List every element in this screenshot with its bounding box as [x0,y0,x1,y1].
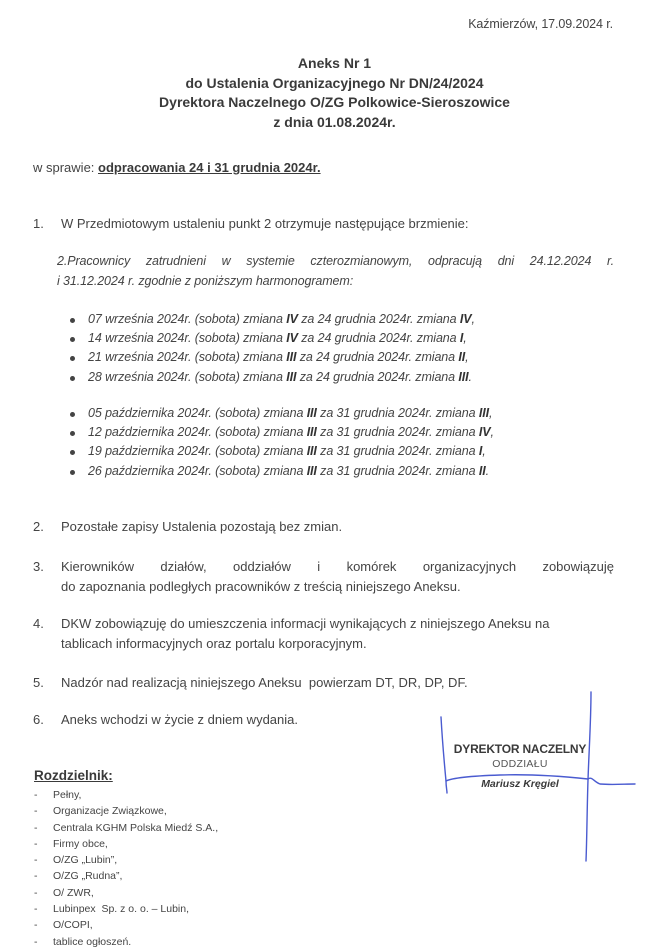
subject-line: w sprawie: odpracowania 24 i 31 grudnia … [33,160,321,175]
schedule-item: 07 września 2024r. (sobota) zmiana IV za… [61,310,475,329]
schedule-item: 19 października 2024r. (sobota) zmiana I… [61,442,494,461]
distribution-item: O/ ZWR, [34,885,218,901]
schedule-item: 26 października 2024r. (sobota) zmiana I… [61,462,494,481]
stamp-role: DYREKTOR NACZELNY [450,742,590,756]
title-line-date: z dnia 01.08.2024r. [0,113,669,133]
distribution-item: O/COPI, [34,917,218,933]
distribution-item: Firmy obce, [34,836,218,852]
distribution-item: Centrala KGHM Polska Miedź S.A., [34,820,218,836]
schedule-list-december-31: 05 października 2024r. (sobota) zmiana I… [61,404,494,481]
point-number: 4. [33,614,44,634]
point-number: 6. [33,710,44,730]
distribution-item: Organizacje Związkowe, [34,803,218,819]
subject-label: w sprawie: [33,160,98,175]
schedule-item: 12 października 2024r. (sobota) zmiana I… [61,423,494,442]
point-number: 2. [33,517,44,537]
point-3: 3. Kierowników działów, oddziałów i komó… [0,557,669,597]
point-text: Nadzór nad realizacją niniejszego Aneksu… [61,673,614,693]
point-text: Kierowników działów, oddziałów i komórek… [61,557,614,597]
point-1: 1. W Przedmiotowym ustaleniu punkt 2 otr… [0,214,669,234]
schedule-item: 28 września 2024r. (sobota) zmiana III z… [61,368,475,387]
distribution-item: O/ZG „Rudna”, [34,868,218,884]
point-2: 2. Pozostałe zapisy Ustalenia pozostają … [0,517,669,537]
amended-clause-line-2: i 31.12.2024 r. zgodnie z poniższym harm… [57,272,614,292]
amended-clause: 2.Pracownicy zatrudnieni w systemie czte… [57,252,614,291]
point-number: 5. [33,673,44,693]
point-5: 5. Nadzór nad realizacją niniejszego Ane… [0,673,669,693]
schedule-item: 14 września 2024r. (sobota) zmiana IV za… [61,329,475,348]
title-line-reference: do Ustalenia Organizacyjnego Nr DN/24/20… [0,74,669,94]
stamp-name: Mariusz Kręgiel [450,778,590,790]
title-line-issuer: Dyrektora Naczelnego O/ZG Polkowice-Sier… [0,93,669,113]
schedule-list-december-24: 07 września 2024r. (sobota) zmiana IV za… [61,310,475,387]
title-line-annex: Aneks Nr 1 [0,54,669,74]
document-title: Aneks Nr 1 do Ustalenia Organizacyjnego … [0,54,669,132]
distribution-item: Pełny, [34,787,218,803]
schedule-item: 05 października 2024r. (sobota) zmiana I… [61,404,494,423]
point-4: 4. DKW zobowiązuję do umieszczenia infor… [0,614,669,654]
distribution-item: O/ZG „Lubin”, [34,852,218,868]
subject-value: odpracowania 24 i 31 grudnia 2024r. [98,160,321,175]
schedule-item: 21 września 2024r. (sobota) zmiana III z… [61,348,475,367]
amended-clause-line-1: 2.Pracownicy zatrudnieni w systemie czte… [57,252,614,272]
distribution-item: tablice ogłoszeń. [34,934,218,950]
point-text: Pozostałe zapisy Ustalenia pozostają bez… [61,517,614,537]
point-6: 6. Aneks wchodzi w życie z dniem wydania… [0,710,669,730]
point-text: DKW zobowiązuję do umieszczenia informac… [61,614,614,654]
stamp-unit: ODDZIAŁU [450,758,590,770]
point-text: W Przedmiotowym ustaleniu punkt 2 otrzym… [61,214,614,234]
distribution-item: Lubinpex Sp. z o. o. – Lubin, [34,901,218,917]
signature-stamp: DYREKTOR NACZELNY ODDZIAŁU Mariusz Kręgi… [450,742,590,790]
distribution-list: Pełny, Organizacje Związkowe, Centrala K… [34,787,218,950]
place-date: Kaźmierzów, 17.09.2024 r. [468,17,613,31]
distribution-title: Rozdzielnik: [34,768,113,783]
point-number: 3. [33,557,44,577]
point-number: 1. [33,214,44,234]
point-text: Aneks wchodzi w życie z dniem wydania. [61,710,614,730]
